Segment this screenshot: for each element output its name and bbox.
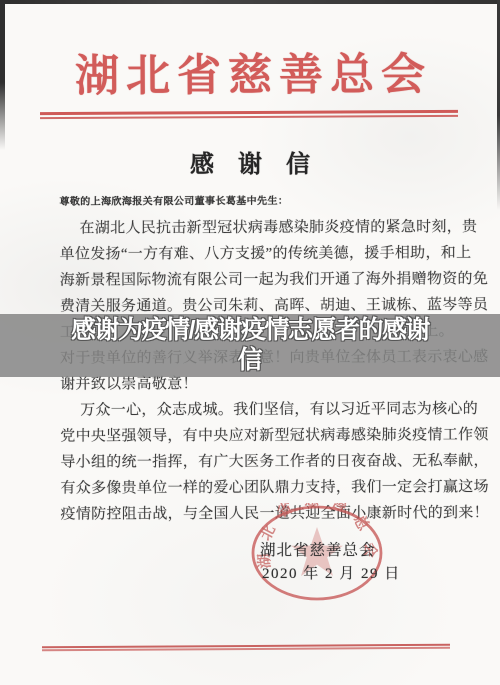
caption-line-2: 信 xyxy=(237,345,262,375)
body-line: 在湖北人民抗击新型冠状病毒感染肺炎疫情的紧急时刻，贵 xyxy=(60,214,454,241)
letter-photo: 湖北省慈善总会 感 谢 信 尊敬的上海欣海报关有限公司董事长葛基中先生： 在湖北… xyxy=(0,0,500,685)
caption-overlay: 感谢为疫情/感谢疫情志愿者的感谢 信 xyxy=(0,314,500,377)
body-line: 单位发扬“一方有难、八方支援”的传统美德，援手相助，和上 xyxy=(60,240,454,267)
header-rule-line-2 xyxy=(40,114,458,118)
signature-org: 湖北省慈善总会 xyxy=(260,538,376,560)
body-line: 导小组的统一指挥，有广大医务工作者的日夜奋战、无私奉献， xyxy=(60,448,454,475)
footer-rule xyxy=(42,644,450,651)
letter-title: 感 谢 信 xyxy=(0,144,500,179)
caption-line-1: 感谢为疫情/感谢疫情志愿者的感谢 xyxy=(71,316,429,345)
signature-date: 2020 年 2 月 29 日 xyxy=(262,562,401,583)
body-line: 万众一心，众志成城。我们坚信，有以习近平同志为核心的 xyxy=(60,396,454,423)
photo-edge-top xyxy=(0,0,500,4)
salutation: 尊敬的上海欣海报关有限公司董事长葛基中先生： xyxy=(59,188,453,215)
org-header-title: 湖北省慈善总会 xyxy=(0,47,500,106)
header-double-rule xyxy=(40,110,458,119)
body-line: 党中央坚强领导，有中央应对新型冠状病毒感染肺炎疫情工作领 xyxy=(60,422,454,449)
body-line: 有众多像贵单位一样的爱心团队鼎力支持，我们一定会打赢这场 xyxy=(60,474,454,501)
body-line: 海新景程国际物流有限公司一起为我们开通了海外捐赠物资的免 xyxy=(60,266,454,293)
